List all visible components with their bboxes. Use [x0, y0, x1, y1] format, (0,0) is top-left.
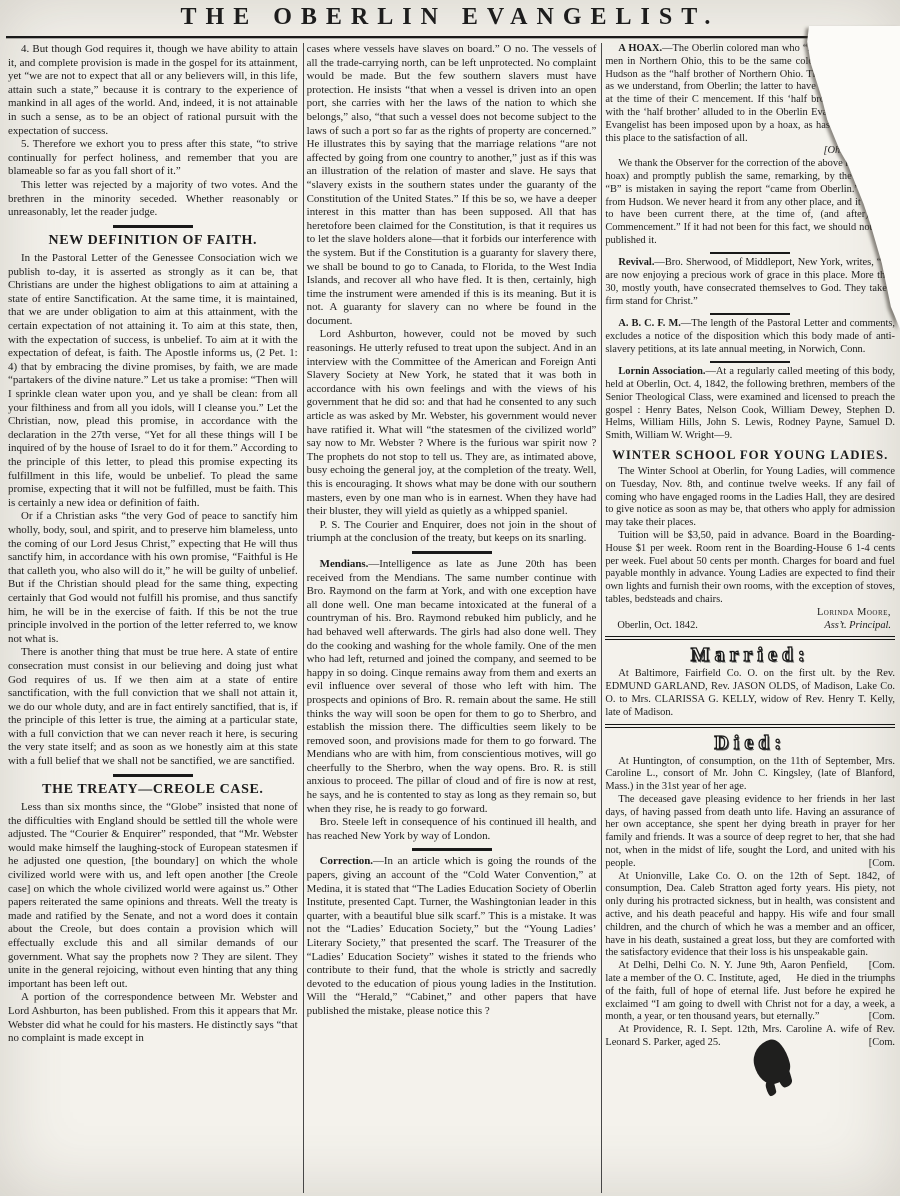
- article-paragraph: This letter was rejected by a majority o…: [8, 179, 298, 220]
- article-paragraph: At Providence, R. I. Sept. 12th, Mrs. Ca…: [605, 1024, 895, 1050]
- article-paragraph: Bro. Steele left in consequence of his c…: [307, 816, 597, 843]
- divider-rule: [412, 848, 492, 851]
- article-paragraph: We thank the Observer for the correction…: [605, 158, 895, 248]
- article-paragraph: Less than six months since, the “Globe” …: [8, 801, 298, 991]
- article-paragraph: In the Pastoral Letter of the Genessee C…: [8, 252, 298, 510]
- masthead: THE OBERLIN EVANGELIST.: [0, 0, 900, 31]
- article-paragraph: At Unionville, Lake Co. O. on the 12th o…: [605, 871, 895, 961]
- paragraph-lead: A HOAX.: [618, 43, 662, 54]
- signature-row: Oberlin, Oct. 1842.Ass’t. Principal.: [605, 620, 895, 633]
- newspaper-title: THE OBERLIN EVANGELIST.: [0, 4, 900, 31]
- section-heading: NEW DEFINITION OF FAITH.: [8, 233, 298, 248]
- columns-container: 4. But though God requires it, though we…: [0, 38, 900, 1193]
- signature-block: Lorinda Moore,Oberlin, Oct. 1842.Ass’t. …: [605, 607, 895, 633]
- divider-rule: [710, 313, 790, 316]
- divider-rule: [710, 252, 790, 255]
- article-paragraph: Lornin Association.—At a regularly calle…: [605, 366, 895, 443]
- signature-right: Lorinda Moore,: [817, 607, 891, 620]
- article-paragraph: P. S. The Courier and Enquirer, does not…: [307, 519, 597, 546]
- article-paragraph: At Baltimore, Fairfield Co. O. on the fi…: [605, 668, 895, 719]
- column-3: A HOAX.—The Oberlin colored man who “is …: [602, 43, 900, 1193]
- section-heading: WINTER SCHOOL FOR YOUNG LADIES.: [605, 448, 895, 462]
- article-paragraph: cases where vessels have slaves on board…: [307, 43, 597, 328]
- paragraph-lead: A. B. C. F. M.: [618, 318, 681, 329]
- paragraph-lead: Revival.: [618, 257, 654, 268]
- paragraph-lead: Mendians.: [320, 558, 369, 570]
- paragraph-tail: B.: [864, 133, 895, 146]
- signature-left: Oberlin, Oct. 1842.: [617, 620, 698, 633]
- article-paragraph: 5. Therefore we exhort you to press afte…: [8, 138, 298, 179]
- divider-rule: [710, 361, 790, 364]
- article-paragraph: Mendians.—Intelligence as late as June 2…: [307, 558, 597, 816]
- article-paragraph: The Winter School at Oberlin, for Young …: [605, 466, 895, 530]
- article-paragraph: There is another thing that must be true…: [8, 646, 298, 768]
- article-paragraph: A. B. C. F. M.—The length of the Pastora…: [605, 318, 895, 356]
- article-paragraph: A portion of the correspondence between …: [8, 991, 298, 1045]
- article-paragraph: Correction.—In an article which is going…: [307, 855, 597, 1018]
- divider-rule: [412, 551, 492, 554]
- paragraph-lead: Lornin Association.: [618, 366, 705, 377]
- paragraph-tail: [Com.: [848, 1037, 895, 1050]
- article-paragraph: Revival.—Bro. Sherwood, of Middleport, N…: [605, 257, 895, 308]
- article-paragraph: At Huntington, of consumption, on the 11…: [605, 756, 895, 794]
- attribution: [Ohio Observer.: [605, 145, 895, 158]
- paragraph-tail: [Com.: [848, 960, 895, 973]
- article-paragraph: The deceased gave pleasing evidence to h…: [605, 794, 895, 871]
- section-heading: THE TREATY—CREOLE CASE.: [8, 782, 298, 797]
- paragraph-tail: [Com.: [848, 1011, 895, 1024]
- divider-rule: [113, 225, 193, 228]
- divider-rule: [113, 774, 193, 777]
- article-paragraph: 4. But though God requires it, though we…: [8, 43, 298, 138]
- column-1: 4. But though God requires it, though we…: [5, 43, 303, 1193]
- article-paragraph: Tuition will be $3,50, paid in advance. …: [605, 530, 895, 607]
- double-rule: [605, 724, 895, 728]
- newspaper-page: THE OBERLIN EVANGELIST. 4. But though Go…: [0, 0, 900, 1196]
- article-paragraph: A HOAX.—The Oberlin colored man who “is …: [605, 43, 895, 145]
- article-paragraph: Or if a Christian asks “the very God of …: [8, 510, 298, 646]
- ornate-heading: Married:: [605, 643, 895, 667]
- paragraph-lead: Correction.: [320, 855, 373, 867]
- signature-right: Ass’t. Principal.: [824, 620, 891, 633]
- signature-row: Lorinda Moore,: [605, 607, 895, 620]
- article-paragraph: Lord Ashburton, however, could not be mo…: [307, 328, 597, 518]
- double-rule: [605, 636, 895, 640]
- column-2: cases where vessels have slaves on board…: [304, 43, 602, 1193]
- ornate-heading: Died:: [605, 731, 895, 755]
- paragraph-tail: [Com.: [848, 858, 895, 871]
